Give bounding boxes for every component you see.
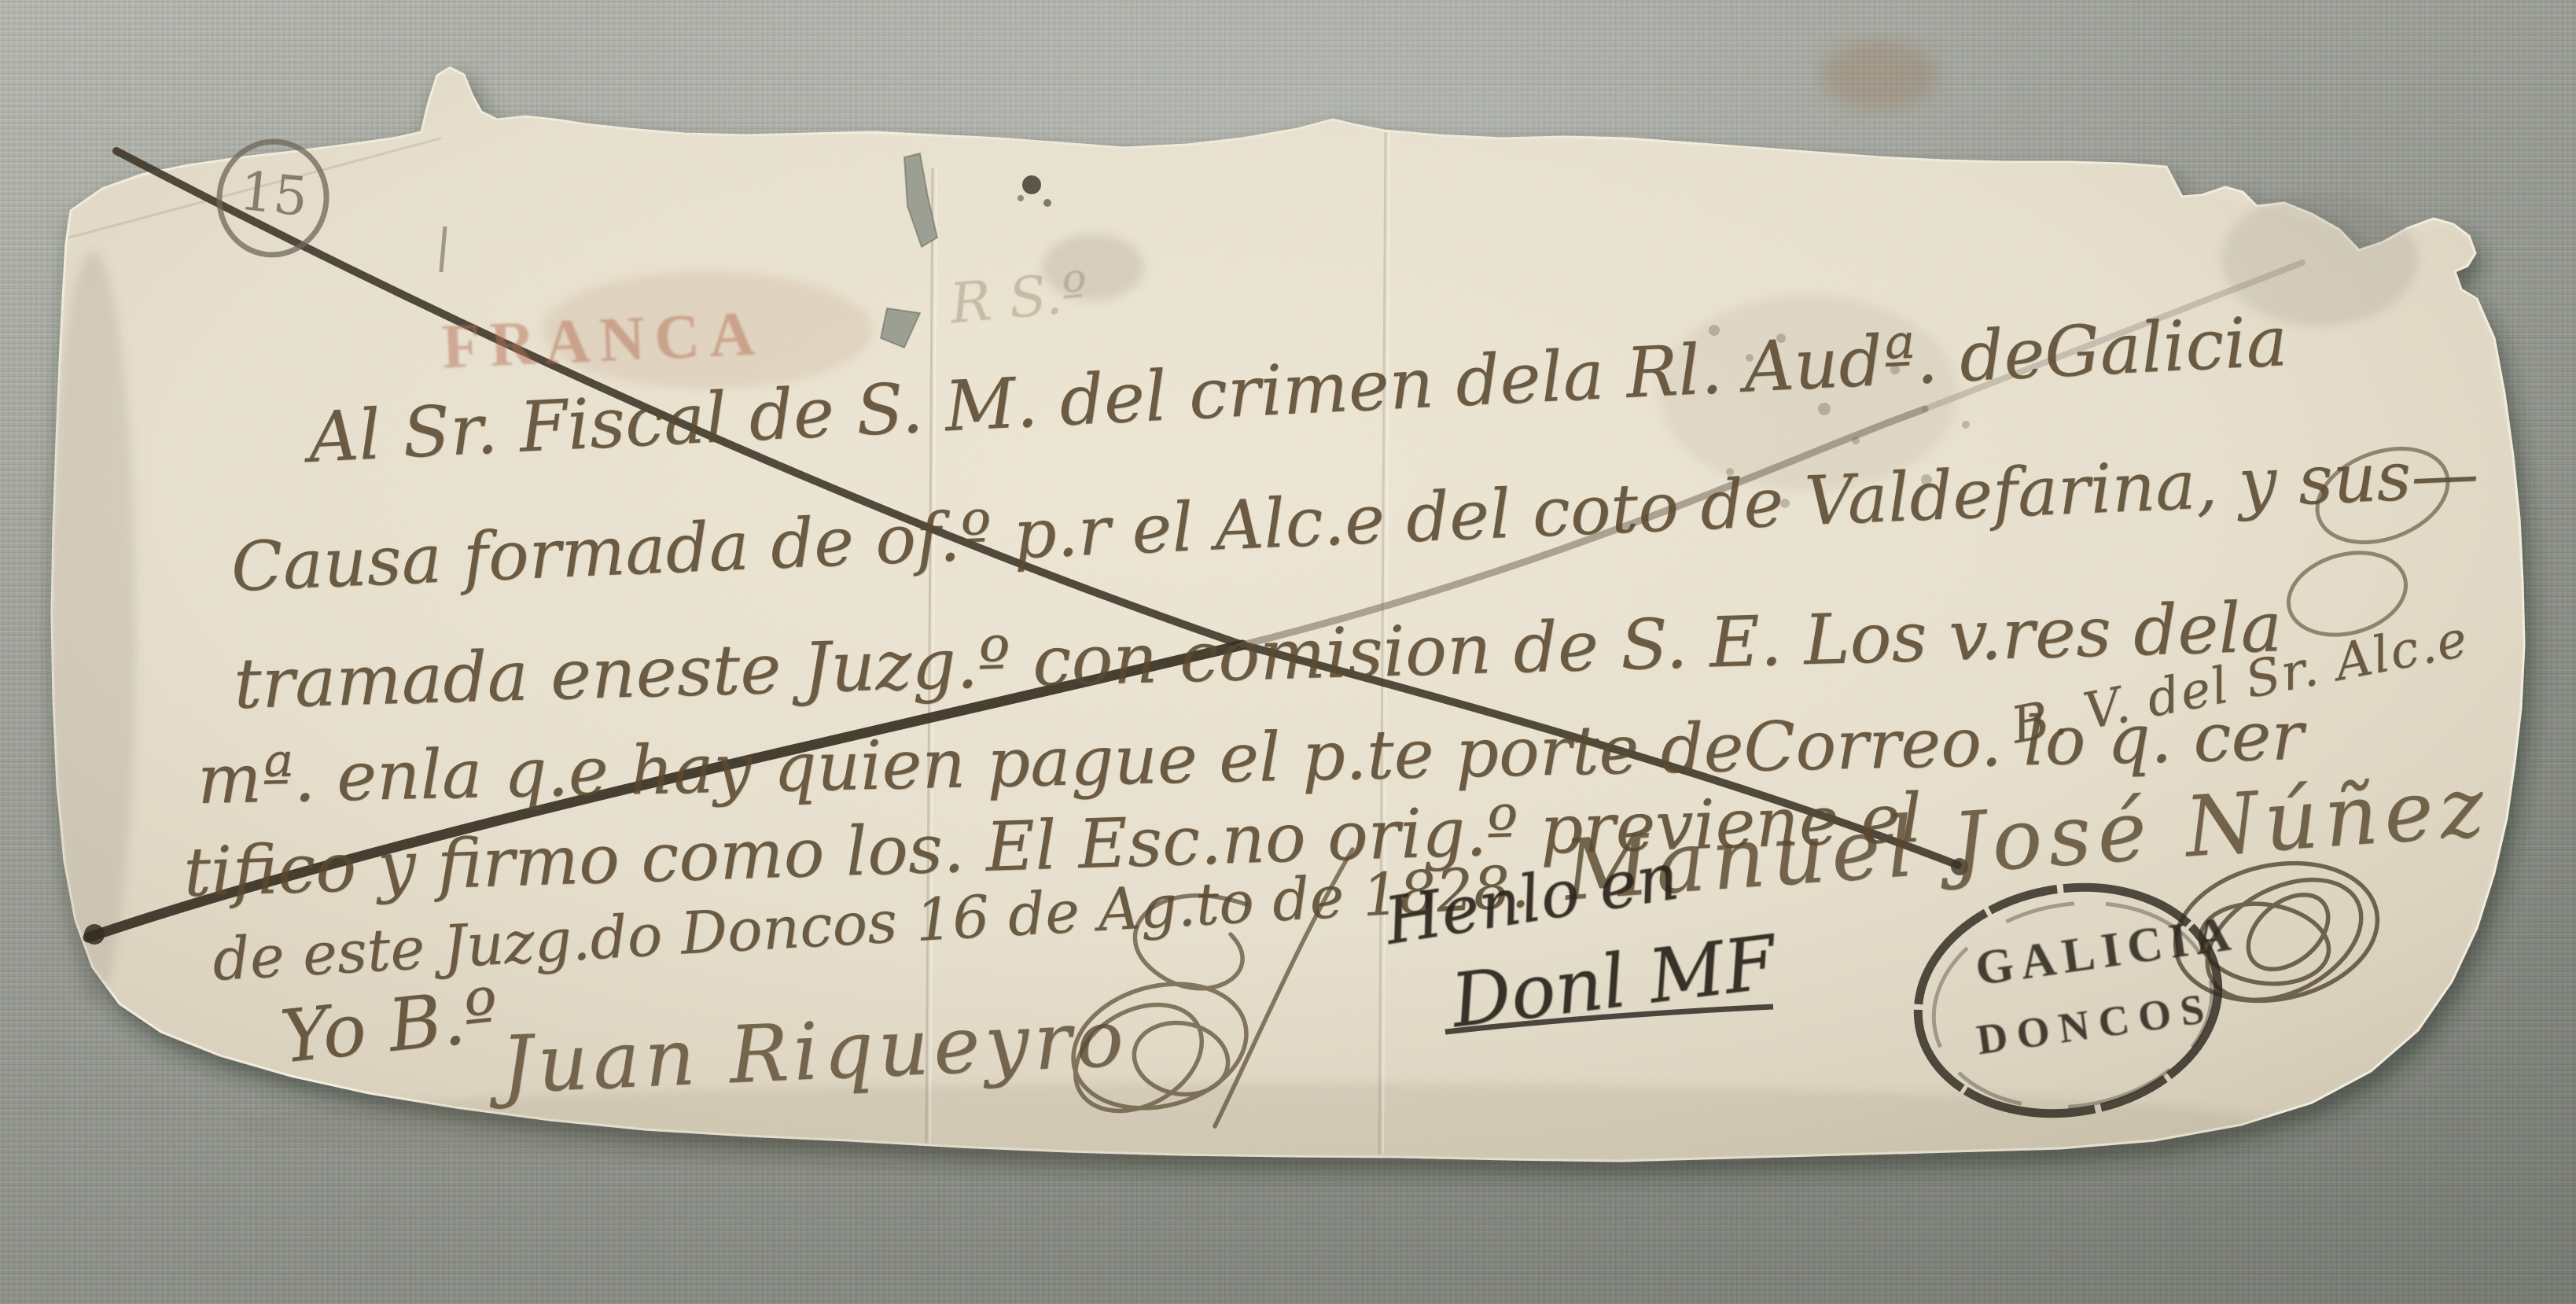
faint-rs-mark: R S.º	[948, 260, 1091, 337]
franca-stamp: FRANCA	[440, 298, 765, 384]
circled-routing-number: 15	[233, 160, 315, 230]
fabric-stain	[1820, 39, 1938, 110]
photograph-of-historic-letter: 15 FRANCA R S.º Al Sr. Fiscal de S. M. d…	[0, 0, 2576, 1304]
